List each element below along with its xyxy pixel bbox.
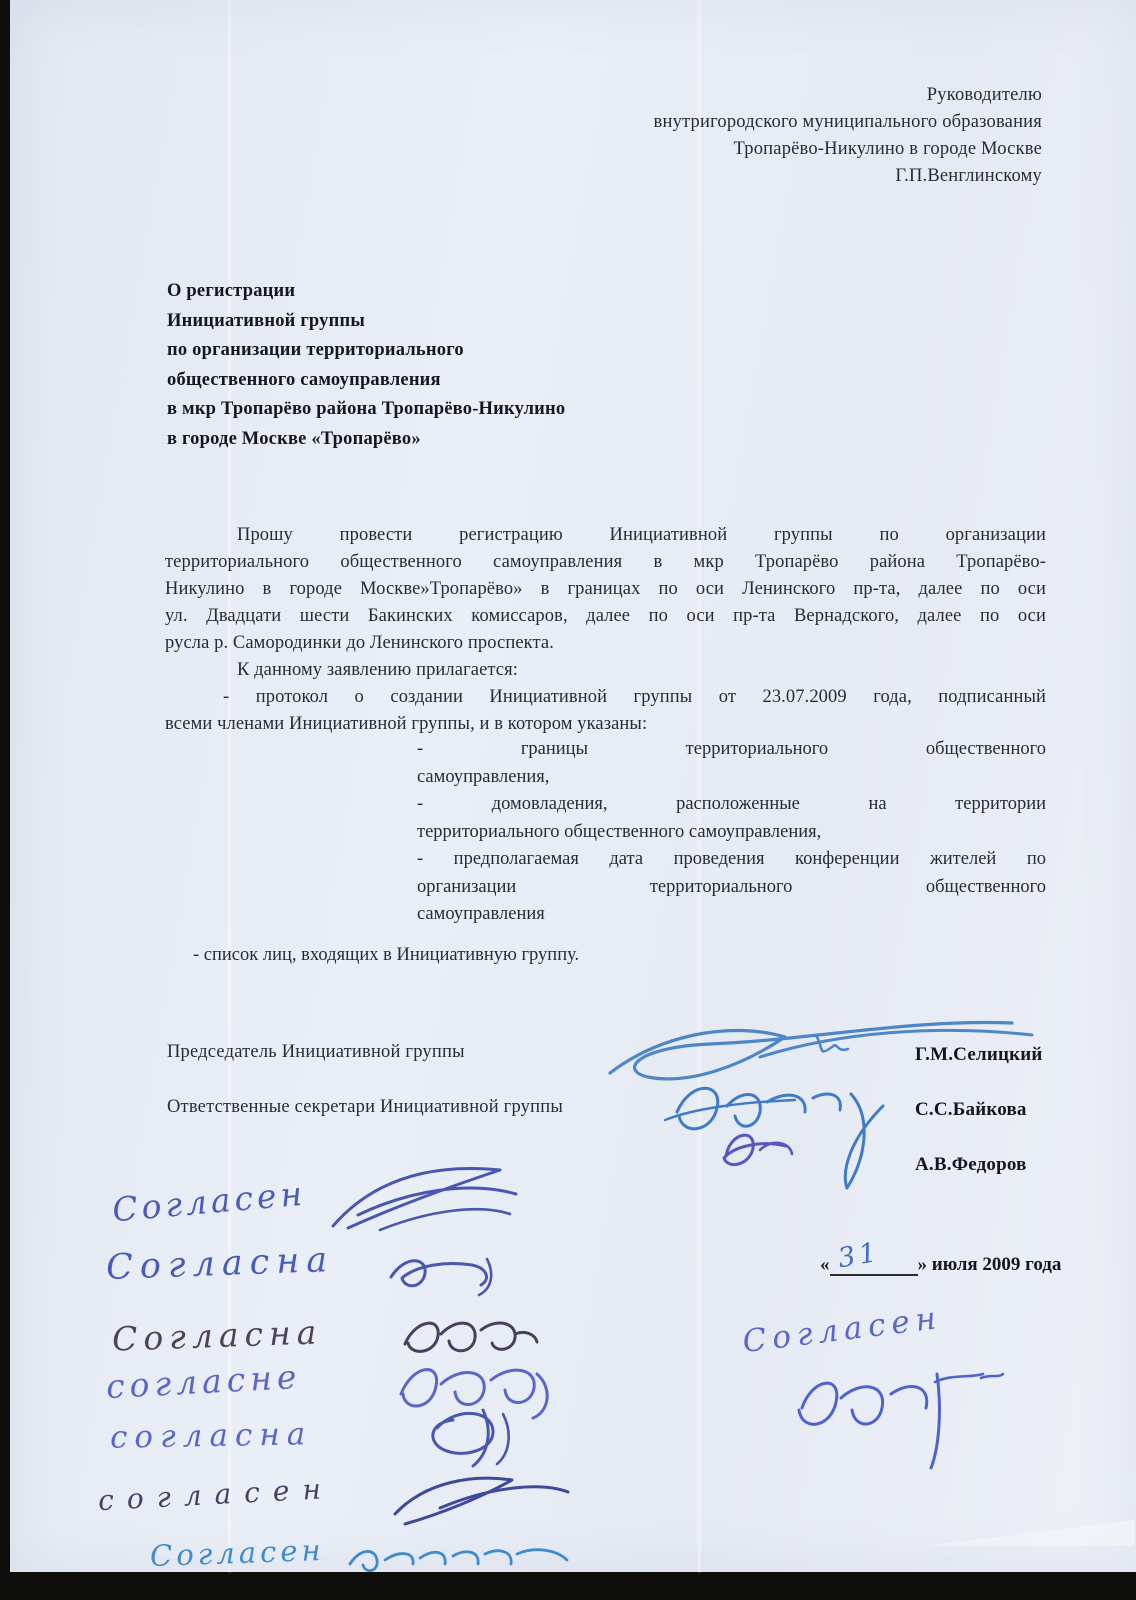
date-day-handwritten: 31: [835, 1237, 882, 1275]
member-signature-2-icon: [375, 1235, 510, 1297]
protocol-subitems: - границы территориального общественного…: [417, 736, 1046, 929]
subject-line: О регистрации: [167, 277, 727, 307]
chairman-label: Председатель Инициативной группы: [167, 1042, 465, 1063]
request-paragraph: Прошу провести регистрацию Инициативной …: [165, 522, 1046, 738]
date-day-slot: 31: [830, 1248, 918, 1276]
body-line: Прошу провести регистрацию Инициативной …: [165, 522, 1046, 549]
subitem-line: территориального общественного самоуправ…: [417, 819, 1046, 847]
subject-line: Инициативной группы: [167, 307, 727, 337]
secretary2-signature-icon: [700, 1118, 815, 1180]
subject-line: в городе Москве «Тропарёво»: [167, 425, 727, 455]
date-closing-text: » июля 2009 года: [918, 1254, 1062, 1275]
agreement-note: Согласна: [105, 1240, 334, 1288]
member-signature-7-icon: [335, 1522, 580, 1584]
subject-block: О регистрации Инициативной группы по орг…: [167, 277, 727, 454]
addressee-line: внутригородского муниципального образова…: [482, 109, 1042, 136]
subitem-line: самоуправления: [417, 901, 1046, 929]
addressee-line: Тропарёво-Никулино в городе Москве: [482, 136, 1042, 163]
agreement-note: Согласна: [111, 1312, 323, 1358]
subitem-line: - домовладения, расположенные на террито…: [417, 791, 1046, 819]
member-signature-5-icon: [395, 1392, 535, 1470]
member-signature-1-icon: [318, 1158, 528, 1243]
subitem-line: организации территориального общественно…: [417, 874, 1046, 902]
protocol-item-line: всеми членами Инициативной группы, и в к…: [165, 711, 1046, 738]
persons-list-item: - список лиц, входящих в Инициативную гр…: [193, 945, 893, 966]
subject-line: по организации территориального: [167, 336, 727, 366]
secretary2-name: А.В.Федоров: [915, 1154, 1027, 1176]
addressee-line: Руководителю: [482, 82, 1042, 109]
attachment-intro-line: К данному заявлению прилагается:: [165, 657, 1046, 684]
agreement-note: Согласен: [149, 1533, 325, 1573]
right-member-signature-icon: [775, 1352, 1010, 1477]
agreement-note: согласна: [110, 1416, 313, 1456]
corner-fold-highlight: [924, 1520, 1134, 1546]
date-line: «31» июля 2009 года: [820, 1248, 1061, 1276]
subitem-line: - предполагаемая дата проведения конфере…: [417, 846, 1046, 874]
body-line: ул. Двадцати шести Бакинских комиссаров,…: [165, 603, 1046, 630]
protocol-item-line: - протокол о создании Инициативной групп…: [165, 684, 1046, 711]
subject-line: в мкр Тропарёво района Тропарёво-Никулин…: [167, 395, 727, 425]
body-line: Никулино в городе Москве»Тропарёво» в гр…: [165, 576, 1046, 603]
date-opening-quote: «: [820, 1254, 830, 1275]
addressee-line: Г.П.Венглинскому: [482, 163, 1042, 190]
body-line: территориального общественного самоуправ…: [165, 549, 1046, 576]
subitem-line: самоуправления,: [417, 764, 1046, 792]
subject-line: общественного самоуправления: [167, 366, 727, 396]
secretaries-label: Ответственные секретари Инициативной гру…: [167, 1097, 563, 1118]
addressee-block: Руководителю внутригородского муниципаль…: [482, 82, 1042, 190]
subitem-line: - границы территориального общественного: [417, 736, 1046, 764]
body-line: русла р. Самородинки до Ленинского просп…: [165, 630, 1046, 657]
